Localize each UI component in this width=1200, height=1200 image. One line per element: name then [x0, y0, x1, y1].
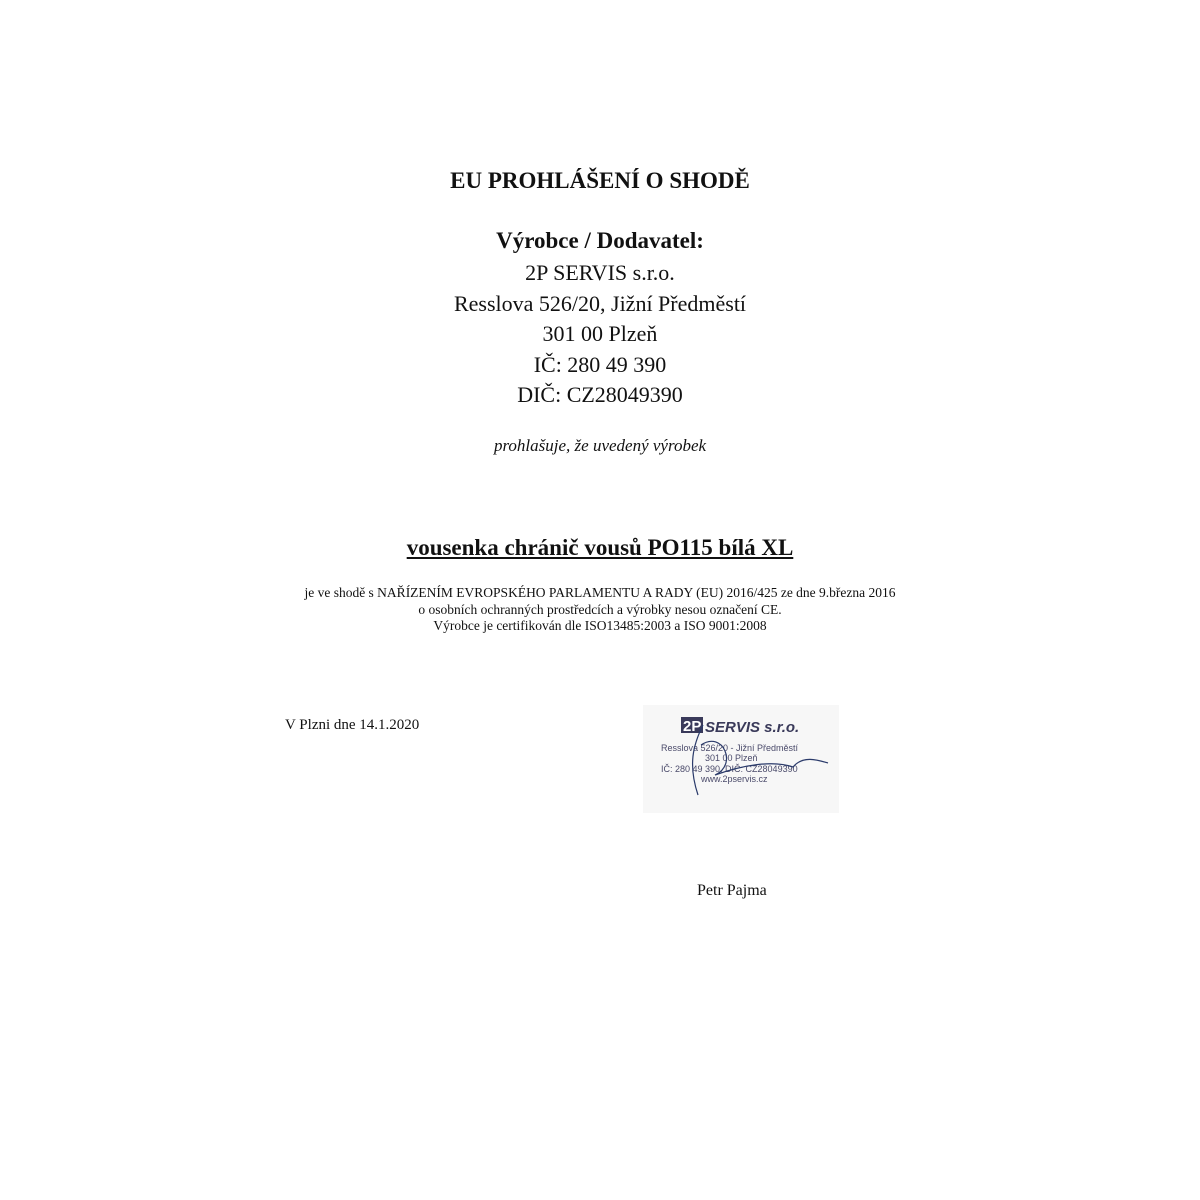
manufacturer-label: Výrobce / Dodavatel: — [0, 228, 1200, 254]
place-and-date: V Plzni dne 14.1.2020 — [285, 717, 419, 734]
declaration-text: prohlašuje, že uvedený výrobek — [0, 436, 1200, 456]
manufacturer-address: 2P SERVIS s.r.o. Resslova 526/20, Jižní … — [0, 258, 1200, 411]
document-title: EU PROHLÁŠENÍ O SHODĚ — [0, 168, 1200, 194]
product-name: vousenka chránič vousů PO115 bílá XL — [0, 535, 1200, 561]
svg-text:Resslova 526/20 - Jižní Předmě: Resslova 526/20 - Jižní Předměstí — [661, 743, 799, 753]
legal-line: Výrobce je certifikován dle ISO13485:200… — [0, 618, 1200, 635]
svg-text:www.2pservis.cz: www.2pservis.cz — [700, 774, 768, 784]
company-id: IČ: 280 49 390 — [0, 350, 1200, 381]
legal-statement: je ve shodě s NAŘÍZENÍM EVROPSKÉHO PARLA… — [0, 585, 1200, 635]
company-stamp: 2P SERVIS s.r.o. Resslova 526/20 - Jižní… — [643, 705, 839, 813]
legal-line: je ve shodě s NAŘÍZENÍM EVROPSKÉHO PARLA… — [0, 585, 1200, 602]
vat-id: DIČ: CZ28049390 — [0, 380, 1200, 411]
stamp-signature-icon: 2P SERVIS s.r.o. Resslova 526/20 - Jižní… — [643, 705, 839, 813]
street-address: Resslova 526/20, Jižní Předměstí — [0, 289, 1200, 320]
svg-text:IČ: 280 49 390, DIČ: CZ2804939: IČ: 280 49 390, DIČ: CZ28049390 — [661, 764, 798, 774]
city-postcode: 301 00 Plzeň — [0, 319, 1200, 350]
legal-line: o osobních ochranných prostředcích a výr… — [0, 602, 1200, 619]
svg-text:SERVIS s.r.o.: SERVIS s.r.o. — [705, 719, 799, 736]
svg-text:2P: 2P — [683, 718, 701, 735]
company-name: 2P SERVIS s.r.o. — [0, 258, 1200, 289]
svg-text:301 00 Plzeň: 301 00 Plzeň — [705, 753, 758, 763]
signer-name: Petr Pajma — [697, 882, 767, 900]
